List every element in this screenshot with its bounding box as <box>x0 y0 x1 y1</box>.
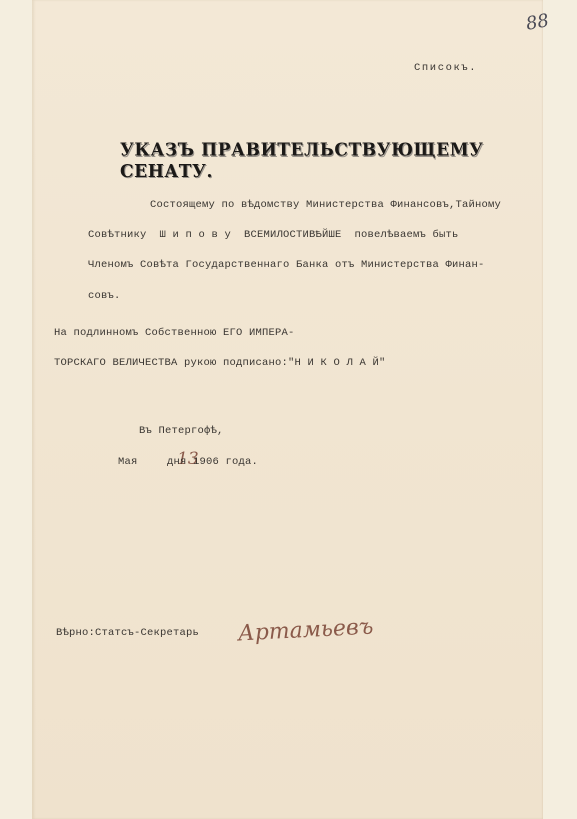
folio-number: 88 <box>524 10 550 35</box>
signature-note-line-2: ТОРСКАГО ВЕЛИЧЕСТВА рукою подписано:"Н И… <box>54 357 386 369</box>
body-line-4: совъ. <box>88 290 121 302</box>
attestation-label: Вѣрно:Статсъ-Секретарь <box>56 627 199 639</box>
body-line-2: Совѣтнику Ш и п о в у ВСЕМИЛОСТИВѢЙШЕ по… <box>88 229 459 241</box>
header-label: Списокъ. <box>414 62 477 74</box>
date-rest: дня 1906 года. <box>167 456 258 468</box>
body-line-1: Состоящему по вѣдомству Министерства Фин… <box>150 199 501 211</box>
document-page: 88 Списокъ. УКАЗЪ ПРАВИТЕЛЬСТВУЮЩЕМУ СЕН… <box>32 0 543 819</box>
secretary-signature: Артамьевъ <box>237 614 374 646</box>
document-title: УКАЗЪ ПРАВИТЕЛЬСТВУЮЩЕМУ СЕНАТУ. <box>120 140 543 182</box>
date-month: Мая <box>118 456 138 468</box>
signature-note-line-1: На подлинномъ Собственною ЕГО ИМПЕРА- <box>54 327 295 339</box>
body-line-3: Членомъ Совѣта Государственнаго Банка от… <box>88 259 485 271</box>
place-line: Въ Петергофѣ, <box>139 425 224 437</box>
